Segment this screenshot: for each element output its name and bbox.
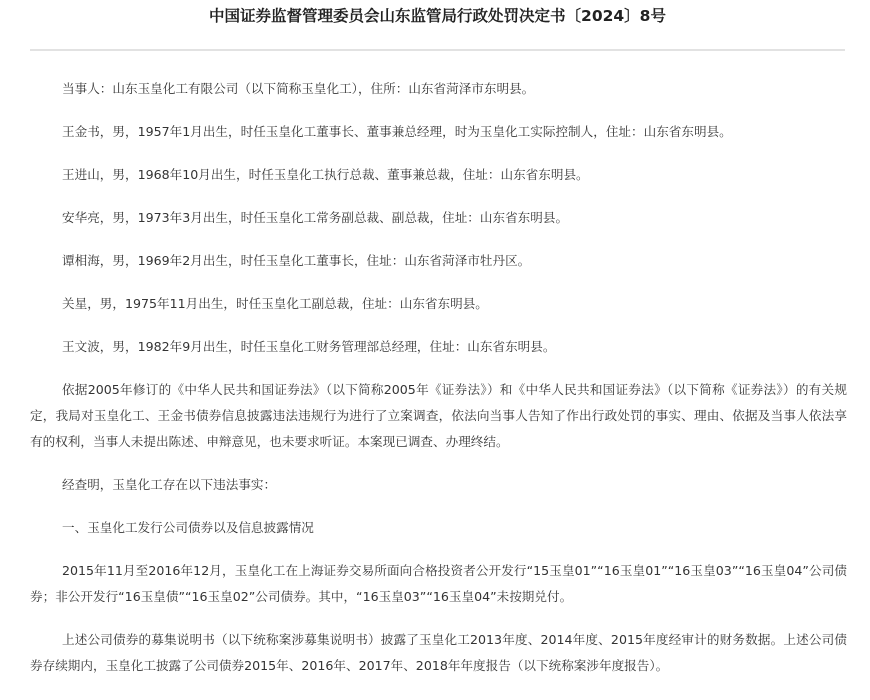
party-person-paragraph: 安华亮，男，1973年3月出生，时任玉皇化工常务副总裁、副总裁，住址：山东省东明…	[30, 205, 847, 231]
disclosure-paragraph: 上述公司债券的募集说明书（以下统称案涉募集说明书）披露了玉皇化工2013年度、2…	[30, 627, 847, 679]
document-page: 中国证券监督管理委员会山东监管局行政处罚决定书〔2024〕8号 当事人：山东玉皇…	[0, 0, 870, 700]
document-title: 中国证券监督管理委员会山东监管局行政处罚决定书〔2024〕8号	[0, 4, 870, 28]
party-person-paragraph: 关星，男，1975年11月出生，时任玉皇化工副总裁，住址：山东省东明县。	[30, 291, 847, 317]
bond-issuance-paragraph: 2015年11月至2016年12月，玉皇化工在上海证券交易所面向合格投资者公开发…	[30, 558, 847, 610]
party-person-paragraph: 谭相海，男，1969年2月出生，时任玉皇化工董事长，住址：山东省菏泽市牡丹区。	[30, 248, 847, 274]
title-divider	[30, 49, 845, 51]
party-person-paragraph: 王金书，男，1957年1月出生，时任玉皇化工董事长、董事兼总经理，时为玉皇化工实…	[30, 119, 847, 145]
party-person-paragraph: 王文波，男，1982年9月出生，时任玉皇化工财务管理部总经理，住址：山东省东明县…	[30, 334, 847, 360]
party-company-paragraph: 当事人：山东玉皇化工有限公司（以下简称玉皇化工），住所：山东省菏泽市东明县。	[30, 76, 847, 102]
legal-basis-paragraph: 依据2005年修订的《中华人民共和国证券法》（以下简称2005年《证券法》）和《…	[30, 377, 847, 455]
party-person-paragraph: 王进山，男，1968年10月出生，时任玉皇化工执行总裁、董事兼总裁，住址：山东省…	[30, 162, 847, 188]
section-heading: 一、玉皇化工发行公司债券以及信息披露情况	[30, 515, 847, 541]
findings-intro-paragraph: 经查明，玉皇化工存在以下违法事实：	[30, 472, 847, 498]
document-body: 当事人：山东玉皇化工有限公司（以下简称玉皇化工），住所：山东省菏泽市东明县。 王…	[30, 76, 847, 696]
